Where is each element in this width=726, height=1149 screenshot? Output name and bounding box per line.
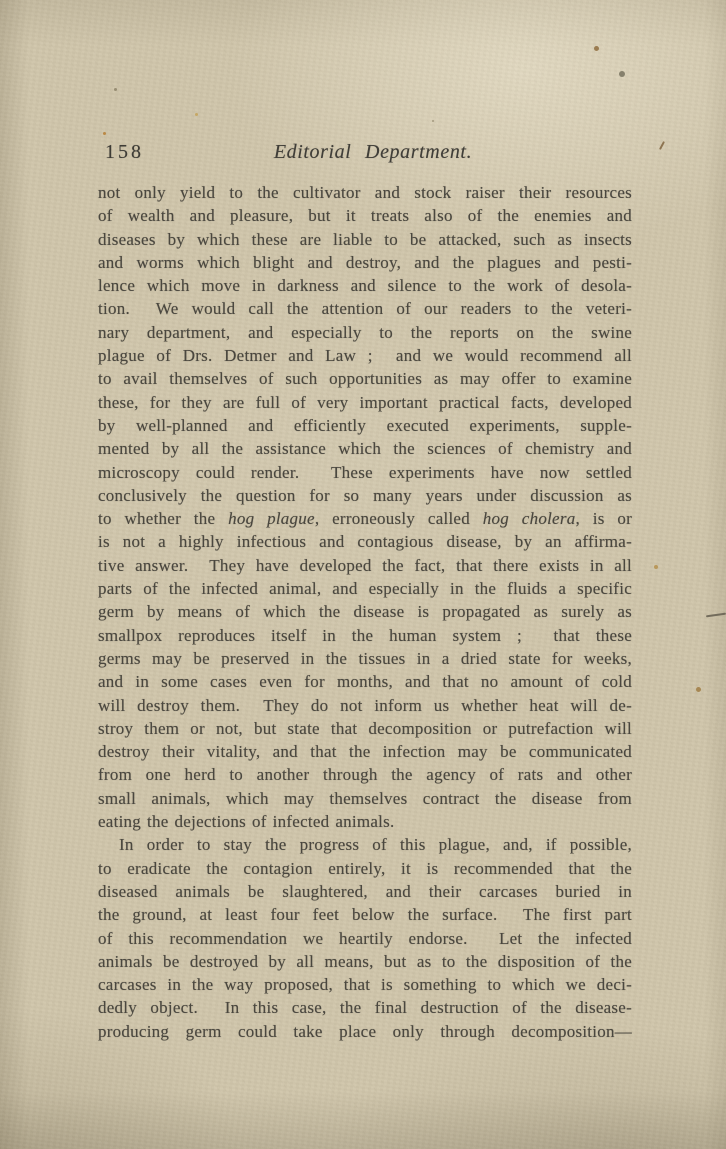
running-header: 158 Editorial Department. <box>98 141 633 165</box>
book-page: 158 Editorial Department. not only yield… <box>0 0 726 1149</box>
text-run: to avail themselves of such opportunitie… <box>98 369 632 388</box>
text-run: to whether the <box>98 509 228 528</box>
foxing-spot <box>114 88 117 91</box>
text-line: diseases by which these are liable to be… <box>98 228 632 251</box>
text-line: is not a highly infectious and contagiou… <box>98 530 632 553</box>
text-line: and in some cases even for months, and t… <box>98 670 632 693</box>
foxing-spot <box>195 113 198 116</box>
text-line: In order to stay the progress of this pl… <box>98 833 632 856</box>
text-line: of this recommendation we heartily endor… <box>98 927 632 950</box>
text-run: producing germ could take place only thr… <box>98 1022 632 1041</box>
text-line: germs may be preserved in the tissues in… <box>98 647 632 670</box>
text-run: parts of the infected animal, and especi… <box>98 579 632 598</box>
text-line: destroy their vitality, and that the inf… <box>98 740 632 763</box>
text-run: conclusively the question for so many ye… <box>98 486 632 505</box>
foxing-spot <box>594 46 599 51</box>
text-run: small animals, which may themselves cont… <box>98 789 632 808</box>
text-line: stroy them or not, but state that decomp… <box>98 717 632 740</box>
italic-phrase: hog plague <box>228 509 315 528</box>
text-run: by well-planned and efficiently executed… <box>98 416 632 435</box>
text-run: , is or <box>575 509 632 528</box>
text-run: and in some cases even for months, and t… <box>98 672 632 691</box>
text-line: to whether the hog plague, erroneously c… <box>98 507 632 530</box>
text-run: lence which move in darkness and silence… <box>98 276 632 295</box>
text-run: from one herd to another through the age… <box>98 765 632 784</box>
page-body: not only yield to the cultivator and sto… <box>98 181 632 1043</box>
text-line: and worms which blight and destroy, and … <box>98 251 632 274</box>
text-run: diseases by which these are liable to be… <box>98 230 632 249</box>
text-line: tion. We would call the attention of our… <box>98 297 632 320</box>
text-run: microscopy could render. These experimen… <box>98 463 632 482</box>
text-line: smallpox reproduces itself in the human … <box>98 624 632 647</box>
text-run: destroy their vitality, and that the inf… <box>98 742 632 761</box>
crease-mark <box>706 613 726 618</box>
text-run: carcases in the way proposed, that is so… <box>98 975 632 994</box>
text-run: animals be destroyed by all means, but a… <box>98 952 632 971</box>
running-head-title: Editorial Department. <box>98 141 633 164</box>
text-run: dedly object. In this case, the final de… <box>98 998 632 1017</box>
text-run: diseased animals be slaughtered, and the… <box>98 882 632 901</box>
text-line: dedly object. In this case, the final de… <box>98 996 632 1019</box>
text-run: smallpox reproduces itself in the human … <box>98 626 632 645</box>
text-run: germs may be preserved in the tissues in… <box>98 649 632 668</box>
text-line: parts of the infected animal, and especi… <box>98 577 632 600</box>
text-line: from one herd to another through the age… <box>98 763 632 786</box>
text-line: conclusively the question for so many ye… <box>98 484 632 507</box>
foxing-spot <box>696 687 701 692</box>
text-run: nary department, and especially to the r… <box>98 323 632 342</box>
text-run: , erroneously called <box>315 509 483 528</box>
text-run: is not a highly infectious and contagiou… <box>98 532 632 551</box>
text-run: and worms which blight and destroy, and … <box>98 253 632 272</box>
text-line: microscopy could render. These experimen… <box>98 461 632 484</box>
text-line: producing germ could take place only thr… <box>98 1020 632 1043</box>
text-line: animals be destroyed by all means, but a… <box>98 950 632 973</box>
text-line: to avail themselves of such opportunitie… <box>98 367 632 390</box>
text-line: plague of Drs. Detmer and Law ; and we w… <box>98 344 632 367</box>
text-run: mented by all the assistance which the s… <box>98 439 632 458</box>
text-run: plague of Drs. Detmer and Law ; and we w… <box>98 346 632 365</box>
text-run: not only yield to the cultivator and sto… <box>98 183 632 202</box>
italic-phrase: hog cholera <box>483 509 576 528</box>
foxing-spot <box>654 565 658 569</box>
text-line: not only yield to the cultivator and sto… <box>98 181 632 204</box>
text-run: tion. We would call the attention of our… <box>98 299 632 318</box>
text-run: In order to stay the progress of this pl… <box>119 835 632 854</box>
text-line: nary department, and especially to the r… <box>98 321 632 344</box>
text-line: small animals, which may themselves cont… <box>98 787 632 810</box>
hairline-mark <box>659 141 665 150</box>
text-run: the ground, at least four feet below the… <box>98 905 632 924</box>
text-run: tive answer. They have developed the fac… <box>98 556 632 575</box>
text-line: diseased animals be slaughtered, and the… <box>98 880 632 903</box>
text-line: mented by all the assistance which the s… <box>98 437 632 460</box>
foxing-spot <box>432 120 434 122</box>
text-line: by well-planned and efficiently executed… <box>98 414 632 437</box>
text-line: will destroy them. They do not inform us… <box>98 694 632 717</box>
foxing-spot <box>103 132 106 135</box>
text-run: to eradicate the contagion entirely, it … <box>98 859 632 878</box>
text-line: tive answer. They have developed the fac… <box>98 554 632 577</box>
text-line: lence which move in darkness and silence… <box>98 274 632 297</box>
text-line: germ by means of which the disease is pr… <box>98 600 632 623</box>
text-run: of wealth and pleasure, but it treats al… <box>98 206 632 225</box>
text-run: will destroy them. They do not inform us… <box>98 696 632 715</box>
text-line: the ground, at least four feet below the… <box>98 903 632 926</box>
text-line: of wealth and pleasure, but it treats al… <box>98 204 632 227</box>
text-line: carcases in the way proposed, that is so… <box>98 973 632 996</box>
text-run: germ by means of which the disease is pr… <box>98 602 632 621</box>
text-run: eating the dejections of infected animal… <box>98 812 395 831</box>
text-run: of this recommendation we heartily endor… <box>98 929 632 948</box>
foxing-spot <box>619 71 625 77</box>
text-run: stroy them or not, but state that decomp… <box>98 719 632 738</box>
text-run: these, for they are full of very importa… <box>98 393 632 412</box>
text-line: to eradicate the contagion entirely, it … <box>98 857 632 880</box>
text-line: these, for they are full of very importa… <box>98 391 632 414</box>
text-line: eating the dejections of infected animal… <box>98 810 632 833</box>
